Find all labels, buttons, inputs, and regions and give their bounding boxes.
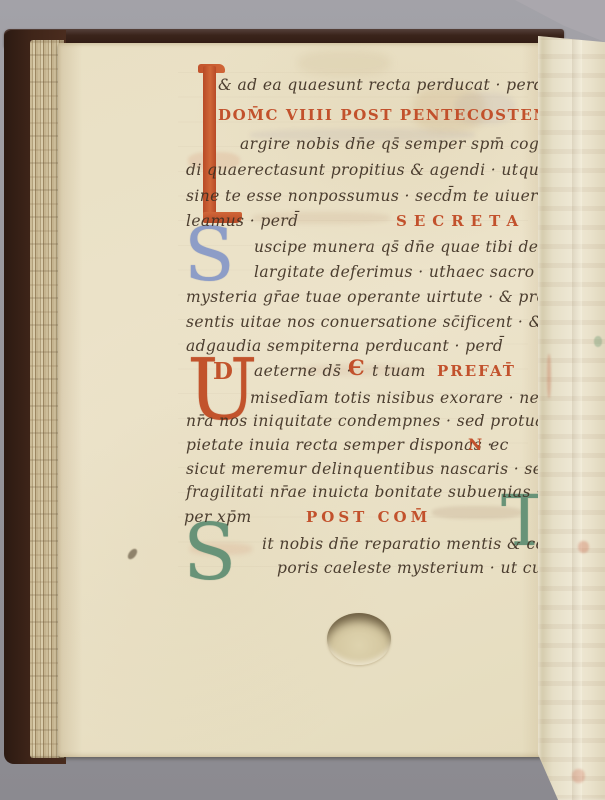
bleed-mark <box>572 769 585 783</box>
text-segment: sicut meremur delinquentibus nascaris · … <box>186 458 553 480</box>
text-segment: poris caeleste mysterium · ut cuius <box>277 557 566 579</box>
rubric-segment: DOM̄C VIIII POST PENTECOSTEN · <box>218 104 562 126</box>
bleed-mark <box>578 541 589 553</box>
text-segment: di quaerectasunt propitius & agendi · ut… <box>186 159 545 181</box>
text-segment: per xp̄m <box>184 506 252 528</box>
text-line: sicut meremur delinquentibus nascaris · … <box>0 458 605 482</box>
text-segment: sentis uitae nos conuersatione sc̄ificen… <box>186 311 543 333</box>
text-line: mysteria gr̄ae tuae operante uirtute · &… <box>0 286 605 310</box>
text-line: DOM̄C VIIII POST PENTECOSTEN · <box>0 104 605 128</box>
folio-fold-line <box>572 36 582 800</box>
text-segment: mysteria gr̄ae tuae operante uirtute · &… <box>186 286 546 308</box>
text-line: argire nobis dn̄e qs̄ semper spm̄ cogita… <box>0 133 605 157</box>
text-line: it nobis dn̄e reparatio mentis & cor <box>0 533 605 557</box>
text-segment: adgaudia sempiterna perducant · perd̄ <box>186 335 503 357</box>
text-line: sentis uitae nos conuersatione sc̄ificen… <box>0 311 605 335</box>
text-line: per xp̄mPOST COM̄ <box>0 506 605 530</box>
text-line: misedīam totis nisibus exorare · ne pro <box>0 387 605 411</box>
text-line: aeterne ds̄ ·Єt tuamPREFAT̄ <box>0 360 605 384</box>
text-segment: aeterne ds̄ · <box>254 360 352 382</box>
rubric-segment: PREFAT̄ <box>437 360 516 382</box>
text-segment: fragilitati nr̄ae inuicta bonitate subue… <box>186 481 541 503</box>
text-segment: t tuam <box>372 360 426 382</box>
text-line: fragilitati nr̄ae inuicta bonitate subue… <box>0 481 605 505</box>
text-segment: leamus · perd̄ <box>186 210 298 232</box>
text-segment: uscipe munera qs̄ dn̄e quae tibi detua <box>254 236 565 258</box>
text-segment: sine te esse nonpossumus · secd̄m te uiu… <box>186 185 573 207</box>
text-segment: misedīam totis nisibus exorare · ne pro <box>250 387 572 409</box>
parchment-stain <box>298 50 390 76</box>
text-segment: argire nobis dn̄e qs̄ semper spm̄ cogita… <box>240 133 571 155</box>
manuscript-photo: L S U D S T & ad ea quaesunt recta perdu… <box>0 0 605 800</box>
text-line: leamus · perd̄SECRETA <box>0 210 605 234</box>
bleed-mark <box>547 354 551 398</box>
text-segment: ec <box>490 434 509 456</box>
text-segment: largitate deferimus · uthaec sacro sc̄a <box>254 261 567 283</box>
rubric-segment: SECRETA <box>396 210 525 232</box>
text-line: adgaudia sempiterna perducant · perd̄ <box>0 335 605 359</box>
text-segment: Є <box>348 357 365 379</box>
parchment-hole <box>327 613 391 665</box>
text-segment: pietate inuia recta semper disponas · <box>186 434 493 456</box>
text-segment: nr̄a nos iniquitate condempnes · sed pro… <box>186 410 545 432</box>
text-line: poris caeleste mysterium · ut cuius <box>0 557 605 581</box>
text-line: uscipe munera qs̄ dn̄e quae tibi detua <box>0 236 605 260</box>
next-folio-edge <box>538 36 605 800</box>
text-line: di quaerectasunt propitius & agendi · ut… <box>0 159 605 183</box>
rubric-segment: POST COM̄ <box>306 506 431 528</box>
text-line: sine te esse nonpossumus · secd̄m te uiu… <box>0 185 605 209</box>
text-line: & ad ea quaesunt recta perducat · perd̄ <box>0 74 605 98</box>
text-line: nr̄a nos iniquitate condempnes · sed pro… <box>0 410 605 434</box>
text-line: pietate inuia recta semper disponas ·Nec <box>0 434 605 458</box>
text-line: largitate deferimus · uthaec sacro sc̄a <box>0 261 605 285</box>
text-segment: & ad ea quaesunt recta perducat · perd̄ <box>218 74 544 96</box>
text-segment: N <box>468 434 482 456</box>
bleed-mark <box>594 336 602 347</box>
text-segment: it nobis dn̄e reparatio mentis & cor <box>262 533 553 555</box>
